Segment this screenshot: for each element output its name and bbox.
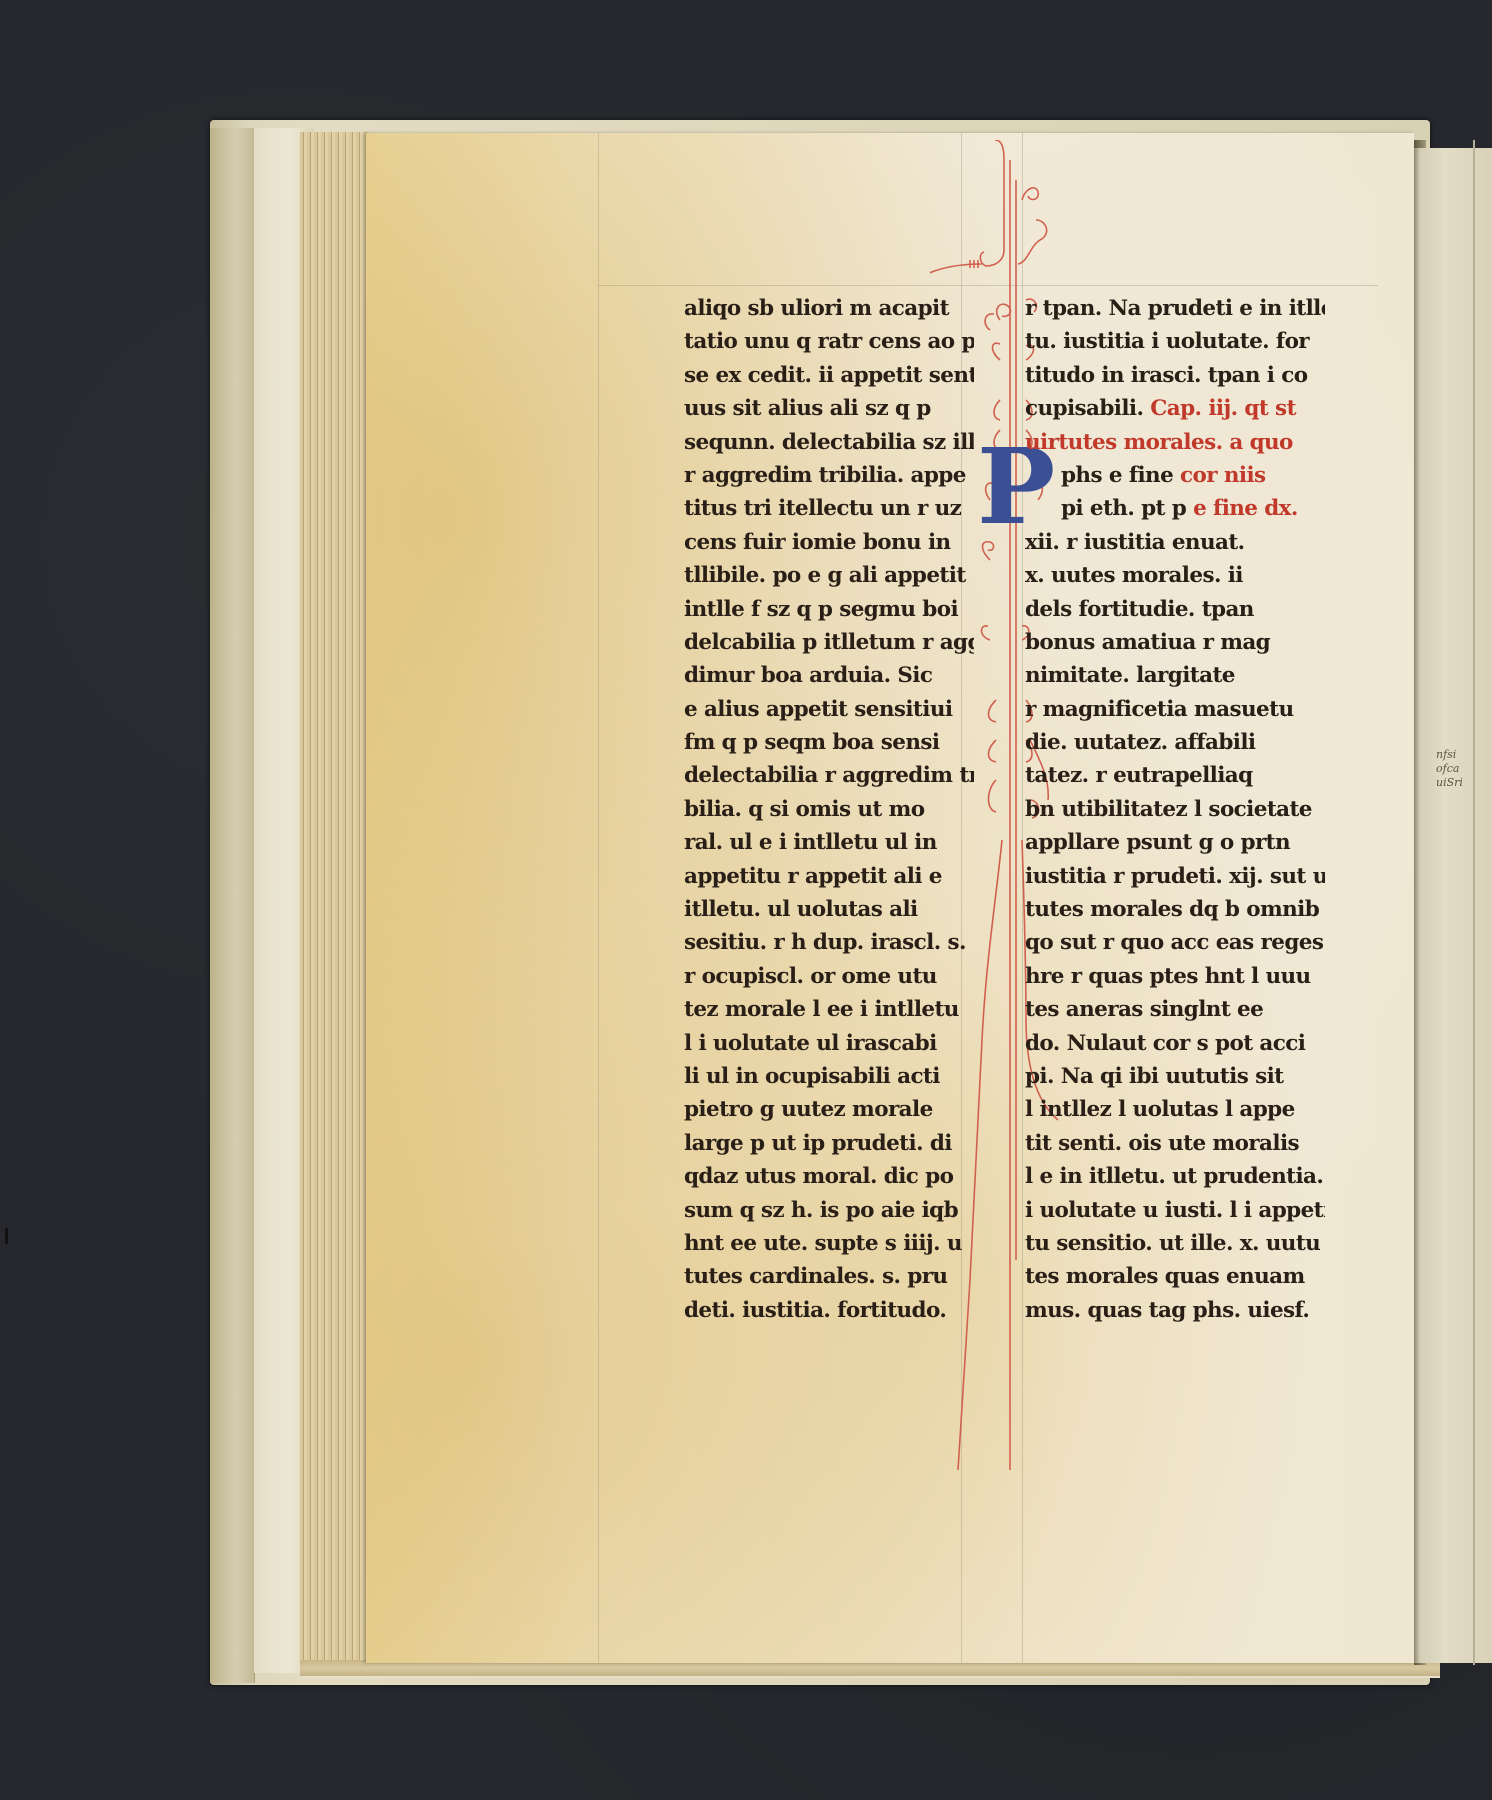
edge-mark bbox=[5, 1228, 8, 1244]
text-line: tit senti. ois ute moralis bbox=[1025, 1127, 1325, 1160]
text-line: sum q sz h. is po aie iqb bbox=[684, 1194, 974, 1227]
text-line: hre r quas ptes hnt l uuu bbox=[1025, 960, 1325, 993]
text-line: e alius appetit sensitiui bbox=[684, 693, 974, 726]
text-line: appllare psunt g o prtn bbox=[1025, 826, 1325, 859]
text-line: r tpan. Na prudeti e in itlle bbox=[1025, 292, 1325, 325]
facing-page-margin-note: nfsi ofca uiSri bbox=[1436, 748, 1492, 790]
text-line: nimitate. largitate bbox=[1025, 659, 1325, 692]
margin-note-line: ofca bbox=[1436, 762, 1492, 776]
text-line: bilia. q si omis ut mo bbox=[684, 793, 974, 826]
text-line: ral. ul e i intlletu ul in bbox=[684, 826, 974, 859]
facing-page bbox=[1414, 148, 1492, 1663]
text-line: titudo in irasci. tpan i co bbox=[1025, 359, 1325, 392]
rubric: e fine dx. bbox=[1193, 496, 1298, 521]
text-line: titus tri itellectu un r uz bbox=[684, 492, 974, 525]
text-line: tllibile. po e g ali appetit bbox=[684, 559, 974, 592]
page-stack-edges bbox=[300, 132, 370, 1672]
text-line: pietro g uutez morale bbox=[684, 1093, 974, 1126]
text-line: tatio unu q ratr cens ao pla. bbox=[684, 325, 974, 358]
text-line: uirtutes morales. a quo bbox=[1025, 426, 1325, 459]
text-line: xii. r iustitia enuat. bbox=[1025, 526, 1325, 559]
text-line: x. uutes morales. ii bbox=[1025, 559, 1325, 592]
text-column-left: aliqo sb uliori m acapit tatio unu q rat… bbox=[684, 292, 974, 1327]
text-line: die. uutatez. affabili bbox=[1025, 726, 1325, 759]
text-line: tes morales quas enuam bbox=[1025, 1260, 1325, 1293]
text-line: cens fuir iomie bonu in bbox=[684, 526, 974, 559]
text-line: tu. iustitia i uolutate. for bbox=[1025, 325, 1325, 358]
margin-note-line: uiSri bbox=[1436, 776, 1492, 790]
text-line: tez morale l ee i intlletu bbox=[684, 993, 974, 1026]
rubric-chapter-heading: uirtutes morales. a quo bbox=[1025, 430, 1293, 455]
text-line: deti. iustitia. fortitudo. bbox=[684, 1294, 974, 1327]
text-line: tatez. r eutrapelliaq bbox=[1025, 759, 1325, 792]
text-line: se ex cedit. ii appetit senti bbox=[684, 359, 974, 392]
text-line: fm q p seqm boa sensi bbox=[684, 726, 974, 759]
text-line: l intllez l uolutas l appe bbox=[1025, 1093, 1325, 1126]
text-line: hnt ee ute. supte s iiij. u bbox=[684, 1227, 974, 1260]
text-line: delcabilia p itlletum r agg bbox=[684, 626, 974, 659]
text-line: sesitiu. r h dup. irascl. s. bbox=[684, 926, 974, 959]
text-line: pi. Na qi ibi uututis sit bbox=[1025, 1060, 1325, 1093]
rubric: cor niis bbox=[1180, 463, 1266, 488]
text-line: intlle f sz q p segmu boi bbox=[684, 593, 974, 626]
text-line: bonus amatiua r mag bbox=[1025, 626, 1325, 659]
text-line: delectabilia r aggredim tri bbox=[684, 759, 974, 792]
text-line: uus sit alius ali sz q p bbox=[684, 392, 974, 425]
text-line: mus. quas tag phs. uiesf. bbox=[1025, 1294, 1325, 1327]
text-line: itlletu. ul uolutas ali bbox=[684, 893, 974, 926]
text-line: r aggredim tribilia. appe bbox=[684, 459, 974, 492]
facing-page-edge bbox=[1473, 140, 1475, 1665]
text-line: sequnn. delectabilia sz illo bbox=[684, 426, 974, 459]
text-line: large p ut ip prudeti. di bbox=[684, 1127, 974, 1160]
binding-spine-edge bbox=[210, 128, 255, 1683]
margin-note-line: nfsi bbox=[1436, 748, 1492, 762]
text-line: appetitu r appetit ali e bbox=[684, 860, 974, 893]
text-line: phs e fine cor niis bbox=[1025, 459, 1325, 492]
text-line: tu sensitio. ut ille. x. uutu bbox=[1025, 1227, 1325, 1260]
text-line: li ul in ocupisabili acti bbox=[684, 1060, 974, 1093]
text-line: dimur boa arduia. Sic bbox=[684, 659, 974, 692]
text-line: l i uolutate ul irascabi bbox=[684, 1027, 974, 1060]
text-line: cupisabili. Cap. iij. qt st bbox=[1025, 392, 1325, 425]
text-line: qo sut r quo acc eas reges bbox=[1025, 926, 1325, 959]
text-line: pi eth. pt p e fine dx. bbox=[1025, 492, 1325, 525]
text-line: tutes morales dq b omnib bbox=[1025, 893, 1325, 926]
text-line: i uolutate u iusti. l i appeti bbox=[1025, 1194, 1325, 1227]
ruling-line bbox=[598, 133, 599, 1663]
text-line: iustitia r prudeti. xij. sut u bbox=[1025, 860, 1325, 893]
text-line: l e in itlletu. ut prudentia. l bbox=[1025, 1160, 1325, 1193]
text-line: bn utibilitatez l societate bbox=[1025, 793, 1325, 826]
text-line: dels fortitudie. tpan bbox=[1025, 593, 1325, 626]
rubric-chapter-heading: Cap. iij. qt st bbox=[1150, 396, 1296, 421]
text-line: qdaz utus moral. dic po bbox=[684, 1160, 974, 1193]
text-line: r ocupiscl. or ome utu bbox=[684, 960, 974, 993]
text-line: tutes cardinales. s. pru bbox=[684, 1260, 974, 1293]
text-line: do. Nulaut cor s pot acci bbox=[1025, 1027, 1325, 1060]
text-line: r magnificetia masuetu bbox=[1025, 693, 1325, 726]
text-line: aliqo sb uliori m acapit bbox=[684, 292, 974, 325]
text-line: tes aneras singlnt ee bbox=[1025, 993, 1325, 1026]
text-column-right: r tpan. Na prudeti e in itlle tu. iustit… bbox=[1025, 292, 1325, 1327]
